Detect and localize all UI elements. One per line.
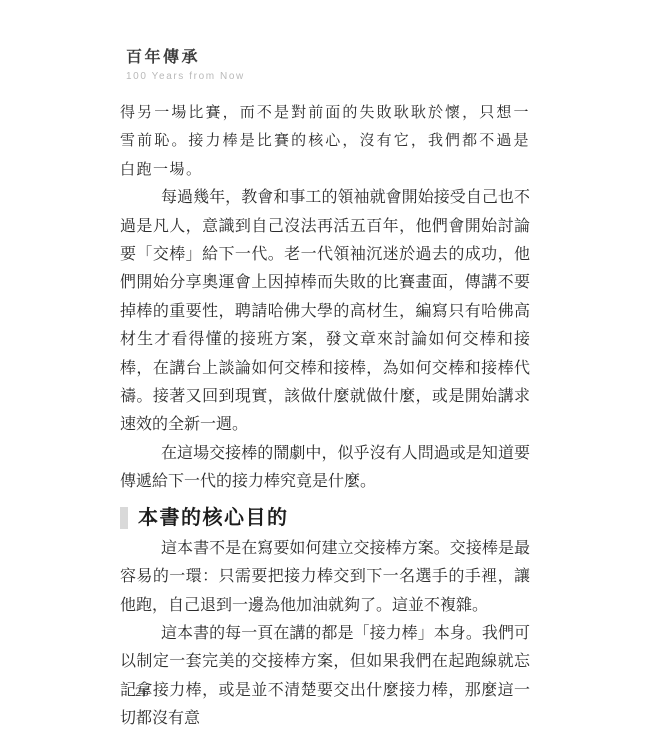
chapter-title-english: 100 Years from Now [126, 71, 245, 82]
body-paragraph-1: 每過幾年，教會和事工的領袖就會開始接受自己也不過是凡人，意識到自己沒法再活五百年… [120, 184, 530, 440]
running-header: 百年傳承 100 Years from Now [126, 44, 245, 82]
book-page: 百年傳承 100 Years from Now 得另一場比賽，而不是對前面的失敗… [0, 0, 650, 750]
heading-bar-icon [120, 507, 128, 529]
body-paragraph-2: 在這場交接棒的鬧劇中，似乎沒有人問過或是知道要傳遞給下一代的接力棒究竟是什麼。 [120, 440, 530, 497]
section-paragraph-1: 這本書不是在寫要如何建立交接棒方案。交接棒是最容易的一環：只需要把接力棒交到下一… [120, 535, 530, 620]
section-paragraph-2: 這本書的每一頁在講的都是「接力棒」本身。我們可以制定一套完美的交接棒方案，但如果… [120, 620, 530, 734]
continued-quote-paragraph: 得另一場比賽，而不是對前面的失敗耿耿於懷，只想一雪前恥。接力棒是比賽的核心，沒有… [120, 99, 530, 184]
chapter-title: 百年傳承 [126, 44, 245, 67]
page-body: 得另一場比賽，而不是對前面的失敗耿耿於懷，只想一雪前恥。接力棒是比賽的核心，沒有… [120, 99, 530, 734]
section-heading: 本書的核心目的 [120, 503, 530, 533]
page-number: 26 [135, 684, 149, 700]
section-heading-text: 本書的核心目的 [138, 503, 289, 533]
